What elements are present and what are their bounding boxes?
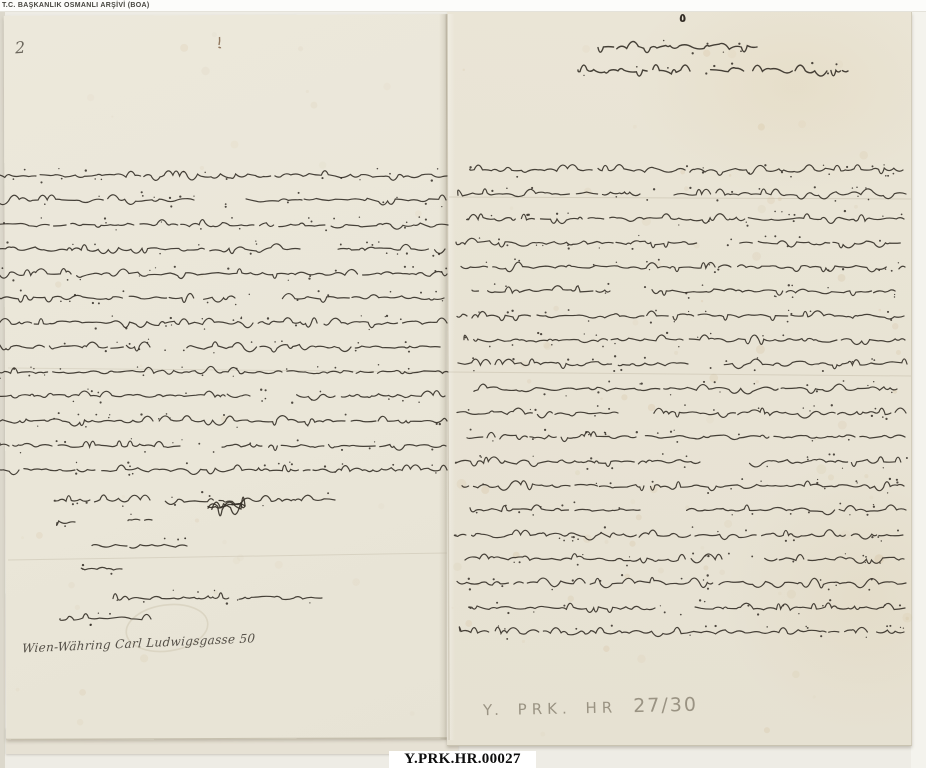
catalog-reference-label: Y.PRK.HR.00027 <box>389 751 536 768</box>
folio-top-mark: ٥ <box>679 11 686 25</box>
pencil-reference-prefix: Y. PRK. HR <box>483 698 618 719</box>
archival-document-scan: 2 ٥ Wien-Währing Carl Ludwigsgasse 50 Y.… <box>0 0 926 768</box>
catalog-reference-text: Y.PRK.HR.00027 <box>404 751 521 768</box>
letter-right-page <box>447 12 912 746</box>
archive-watermark-strip: T.C. BAŞKANLIK OSMANLI ARŞİVİ (BOA) <box>0 0 926 12</box>
page-number: 2 <box>14 38 25 58</box>
archive-watermark-text: T.C. BAŞKANLIK OSMANLI ARŞİVİ (BOA) <box>2 1 150 10</box>
letter-left-page <box>4 14 450 740</box>
center-fold <box>439 14 455 740</box>
pencil-archive-reference: Y. PRK. HR27/30 <box>483 694 698 720</box>
pencil-reference-number: 27/30 <box>633 694 698 717</box>
scan-background-right-strip <box>911 0 926 768</box>
